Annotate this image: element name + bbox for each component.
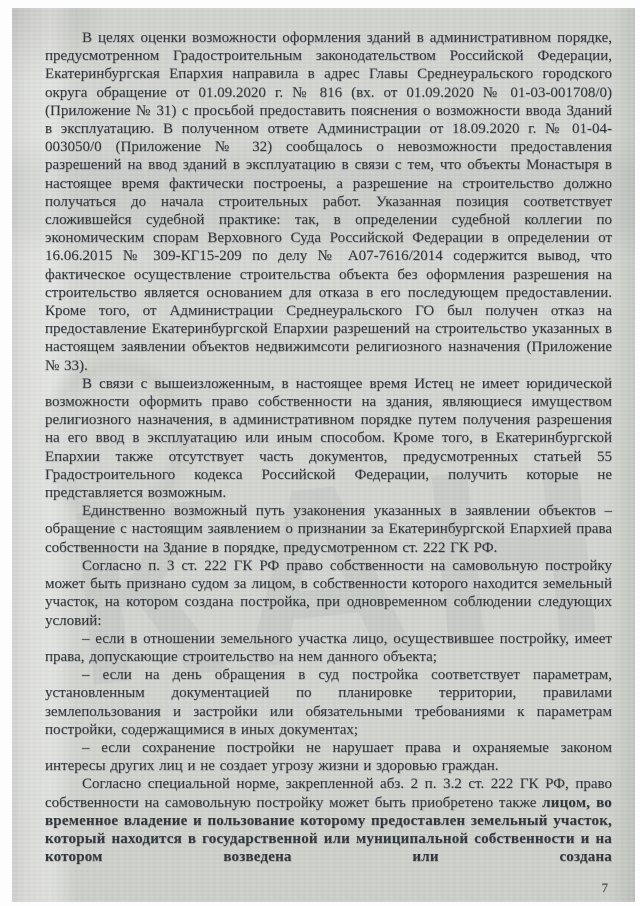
text-run: – если на день обращения в суд постройка…: [45, 667, 612, 738]
paragraph: – если на день обращения в суд постройка…: [45, 666, 612, 739]
paragraph: – если сохранение постройки не нарушает …: [45, 739, 612, 775]
paragraph: В связи с вышеизложенным, в настоящее вр…: [45, 375, 612, 502]
paragraph: Согласно специальной норме, закрепленной…: [45, 775, 612, 866]
paragraph: – если в отношении земельного участка ли…: [45, 630, 612, 666]
text-run: – если в отношении земельного участка ли…: [45, 631, 612, 665]
text-run: Согласно специальной норме, закрепленной…: [45, 776, 612, 810]
text-run: Согласно п. 3 ст. 222 ГК РФ право собств…: [45, 558, 612, 629]
page-number: 7: [602, 880, 609, 896]
paragraph: В целях оценки возможности оформления зд…: [45, 29, 612, 375]
document-body: В целях оценки возможности оформления зд…: [45, 29, 612, 866]
text-run: В целях оценки возможности оформления зд…: [45, 30, 612, 374]
text-run: – если сохранение постройки не нарушает …: [45, 740, 612, 774]
paragraph: Согласно п. 3 ст. 222 ГК РФ право собств…: [45, 557, 612, 630]
screenshot-stage: КАН В целях оценки возможности оформлени…: [0, 0, 640, 906]
paragraph: Единственно возможный путь узаконения ук…: [45, 502, 612, 557]
text-run: В связи с вышеизложенным, в настоящее вр…: [45, 376, 612, 501]
scanned-page: КАН В целях оценки возможности оформлени…: [12, 8, 635, 902]
text-run: Единственно возможный путь узаконения ук…: [45, 503, 612, 555]
